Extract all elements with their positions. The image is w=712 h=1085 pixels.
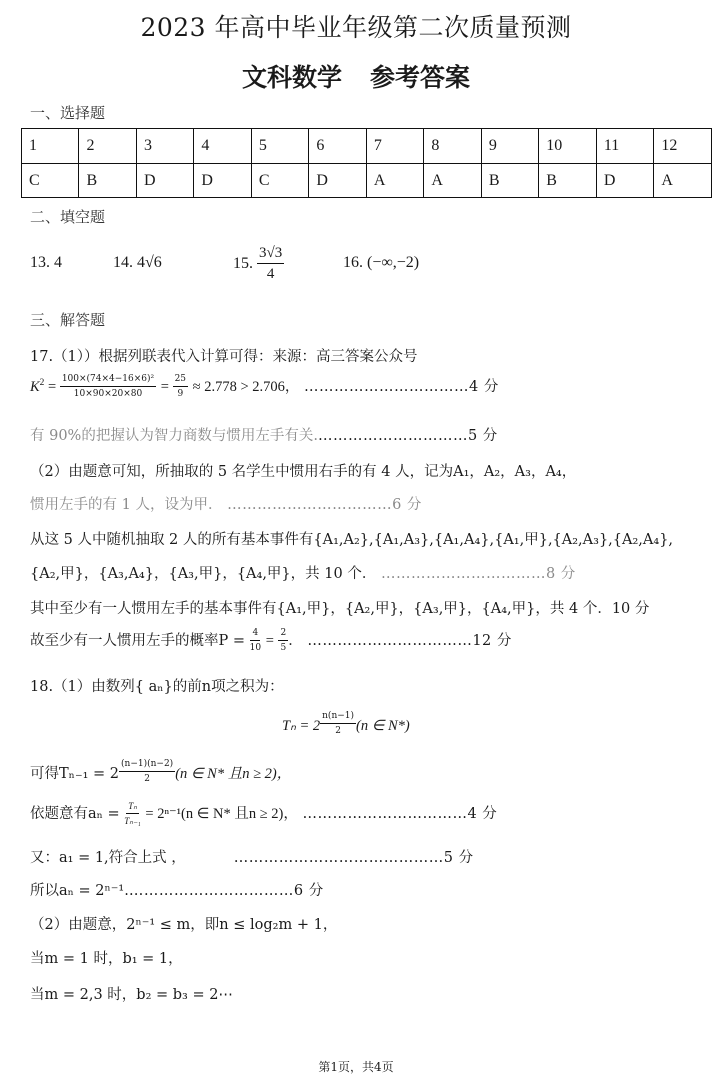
q18-line-1: 18.（1）由数列{ aₙ}的前n项之积为：: [30, 675, 284, 696]
document-subtitle: 文科数学参考答案: [0, 58, 712, 94]
answer-cell: D: [194, 164, 251, 198]
question-number: 7: [366, 129, 423, 164]
answer-cell: A: [366, 164, 423, 198]
q18-line-6: 所以aₙ = 2ⁿ⁻¹.……………………………6 分: [30, 879, 324, 900]
q17-line-3: 有 90%的把握认为智力商数与惯用左手有关.…………………………5 分: [30, 424, 498, 445]
question-number: 2: [79, 129, 136, 164]
question-number: 4: [194, 129, 251, 164]
q17-line-7: {A₂,甲}，{A₃,A₄}，{A₃,甲}，{A₄,甲}，共 10 个． …………: [30, 562, 576, 583]
table-row-questions: 1 2 3 4 5 6 7 8 9 10 11 12: [22, 129, 712, 164]
answer-cell: D: [136, 164, 193, 198]
question-number: 9: [481, 129, 538, 164]
page-number: 第1页，共4页: [0, 1058, 712, 1075]
fill-answer-15: 15. 3√34: [233, 246, 284, 282]
question-number: 11: [596, 129, 654, 164]
answer-cell: B: [539, 164, 597, 198]
question-number: 1: [22, 129, 79, 164]
question-number: 8: [424, 129, 481, 164]
document-title: 2023 年高中毕业年级第二次质量预测: [0, 8, 712, 44]
section-heading-fill: 二、填空题: [30, 206, 105, 227]
q18-line-8: 当m = 1 时，b₁ = 1，: [30, 947, 183, 968]
question-number: 6: [309, 129, 366, 164]
answer-cell: D: [309, 164, 366, 198]
q17-line-8: 其中至少有一人惯用左手的基本事件有{A₁,甲}，{A₂,甲}，{A₃,甲}，{A…: [30, 597, 649, 618]
answer-cell: B: [79, 164, 136, 198]
answer-cell: C: [22, 164, 79, 198]
q18-line-4: 依题意有aₙ = TₙTₙ₋₁ = 2ⁿ⁻¹(n ∈ N* 且n ≥ 2)， ……: [30, 802, 497, 826]
fill-answer-13: 13. 4: [30, 254, 62, 272]
answer-key-label: 参考答案: [370, 63, 470, 92]
score-marker: ……………………………6 分: [129, 883, 324, 899]
q17-line-4: （2）由题意可知，所抽取的 5 名学生中惯用右手的有 4 人，记为A₁，A₂，A…: [30, 460, 576, 481]
answer-cell: B: [481, 164, 538, 198]
score-marker: …………………………5 分: [318, 428, 498, 444]
q17-k2-formula: K2 = 100×(74×4−16×6)²10×90×20×80 = 259 ≈…: [30, 375, 499, 399]
fill-answer-16: 16. (−∞,−2): [343, 254, 419, 272]
q18-tn-formula: Tₙ = 2n(n−1)2(n ∈ N*): [282, 712, 410, 736]
answer-cell: C: [251, 164, 308, 198]
fill-answer-14: 14. 4√6: [113, 254, 162, 272]
score-marker: ……………………………8 分: [381, 566, 576, 582]
q18-line-7: （2）由题意，2ⁿ⁻¹ ≤ m，即n ≤ log₂m + 1，: [30, 913, 337, 934]
answer-cell: A: [654, 164, 712, 198]
answer-cell: D: [596, 164, 654, 198]
answer-cell: A: [424, 164, 481, 198]
q17-line-9: 故至少有一人惯用左手的概率P = 410 = 25． ……………………………12…: [30, 629, 512, 653]
q18-line-5: 又：a₁ = 1,符合上式 ，……………………………………5 分: [30, 846, 474, 867]
score-marker: ……………………………12 分: [307, 633, 512, 649]
question-number: 10: [539, 129, 597, 164]
q18-line-3: 可得Tₙ₋₁ = 2(n−1)(n−2)2(n ∈ N* 且n ≥ 2)，: [30, 760, 291, 784]
table-row-answers: C B D D C D A A B B D A: [22, 164, 712, 198]
subject-label: 文科数学: [242, 63, 342, 92]
score-marker: ……………………………4 分: [302, 806, 497, 822]
question-number: 5: [251, 129, 308, 164]
q17-line-5: 惯用左手的有 1 人，设为甲． ……………………………6 分: [30, 493, 422, 514]
question-number: 3: [136, 129, 193, 164]
section-heading-solutions: 三、解答题: [30, 309, 105, 330]
choice-answer-table: 1 2 3 4 5 6 7 8 9 10 11 12 C B D D C D A…: [21, 128, 712, 198]
score-marker: ……………………………6 分: [227, 497, 422, 513]
score-marker: ……………………………………5 分: [234, 850, 474, 866]
q17-line-1: 17.（1））根据列联表代入计算可得：来源：高三答案公众号: [30, 345, 418, 366]
q17-line-6: 从这 5 人中随机抽取 2 人的所有基本事件有{A₁,A₂},{A₁,A₃},{…: [30, 528, 673, 549]
q18-line-9: 当m = 2,3 时，b₂ = b₃ = 2⋯: [30, 983, 233, 1004]
section-heading-choice: 一、选择题: [30, 102, 105, 123]
score-marker: ……………………………4 分: [304, 379, 499, 395]
question-number: 12: [654, 129, 712, 164]
